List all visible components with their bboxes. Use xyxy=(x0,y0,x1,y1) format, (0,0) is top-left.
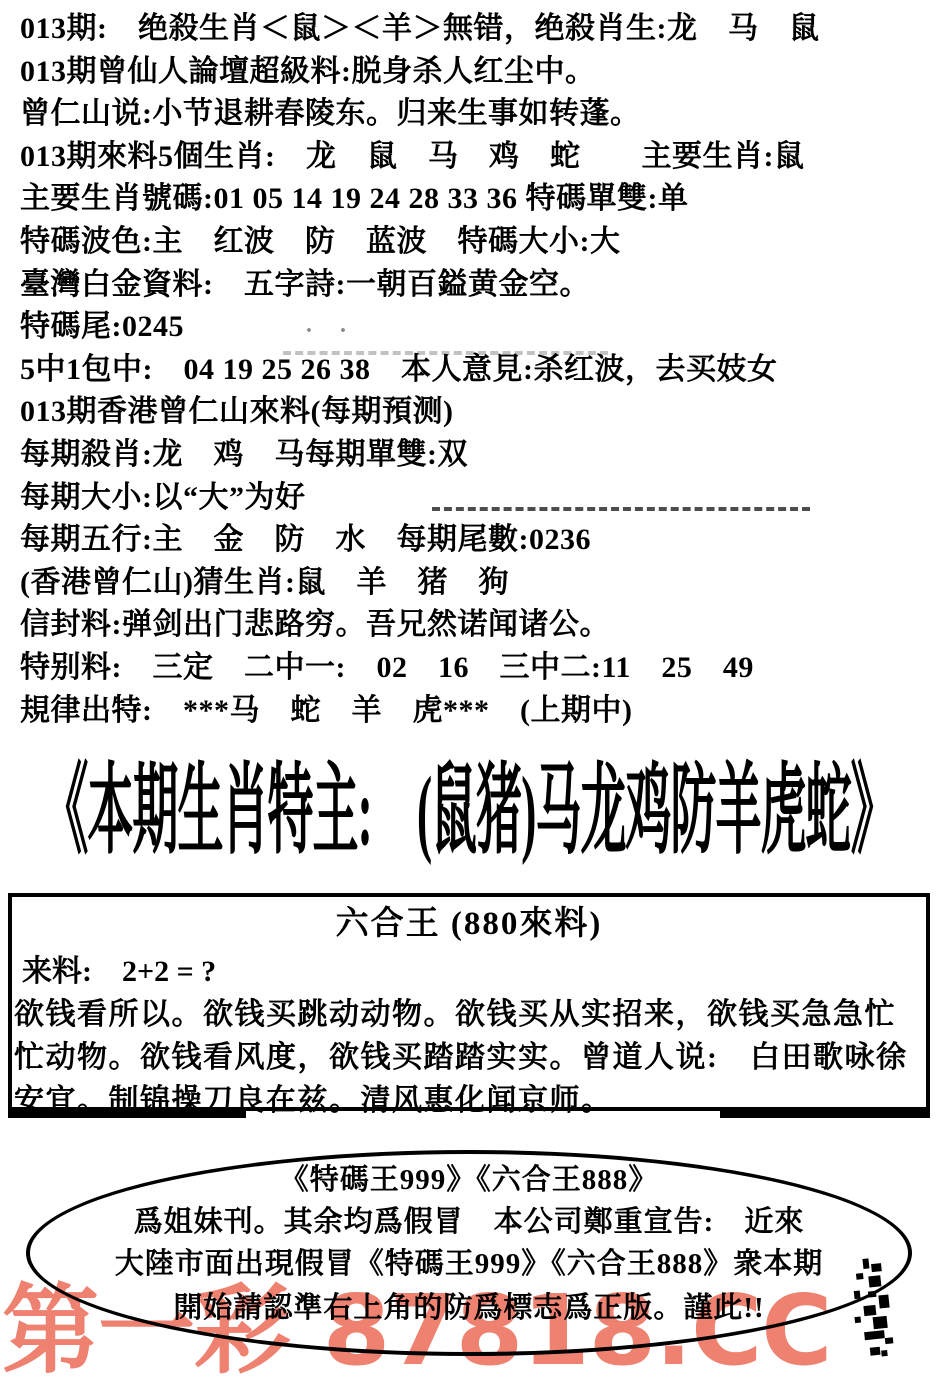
text-line: 每期大小:以“大”为好 xyxy=(20,477,934,520)
text-line: 特碼波色:主 红波 防 蓝波 特碼大小:大 xyxy=(20,221,934,264)
notice-oval: 《特碼王999》《六合王888》 爲姐妹刊。其余均爲假冒 本公司鄭重宣告: 近來… xyxy=(26,1150,912,1356)
text-line: 主要生肖號碼:01 05 14 19 24 28 33 36 特碼單雙:单 xyxy=(20,178,934,221)
box-title: 六合王 (880來料) xyxy=(12,899,926,949)
predictions-text-block: 013期: 绝殺生肖＜鼠＞＜羊＞無错，绝殺肖生:龙 马 鼠 013期曾仙人論壇超… xyxy=(20,8,934,732)
text-line: 每期殺肖:龙 鸡 马每期單雙:双 xyxy=(20,434,934,477)
text-line: 特碼尾:0245 xyxy=(20,306,934,349)
notice-line: 大陸市面出現假冒《特碼王999》《六合王888》衆本期 xyxy=(30,1246,908,1282)
notice-line: 《特碼王999》《六合王888》 xyxy=(30,1162,908,1198)
text-line: 臺灣白金資料: 五字詩:一朝百鎰黄金空。 xyxy=(20,264,934,307)
notice-line: 爲姐妹刊。其余均爲假冒 本公司鄭重宣告: 近來 xyxy=(30,1204,908,1240)
text-line: 每期五行:主 金 防 水 每期尾數:0236 xyxy=(20,519,934,562)
text-line: 規律出特: ***马 蛇 羊 虎*** (上期中) xyxy=(20,690,934,733)
liuhewang-box: 六合王 (880來料) 来料: 2+2 = ? 欲钱看所以。欲钱买跳动动物。欲钱… xyxy=(8,893,930,1111)
text-line: 特别料: 三定 二中一: 02 16 三中二:11 25 49 xyxy=(20,647,934,690)
text-line: 信封料:弹剑出门悲路穷。吾兄然诺闻诸公。 xyxy=(20,604,934,647)
text-line: 013期來料5個生肖: 龙 鼠 马 鸡 蛇 主要生肖:鼠 xyxy=(20,136,934,179)
box-riddle-paragraph: 欲钱看所以。欲钱买跳动动物。欲钱买从实招来，欲钱买急急忙忙动物。欲钱看风度，欲钱… xyxy=(14,993,924,1122)
box-formula-line: 来料: 2+2 = ? xyxy=(22,951,922,993)
tip-sheet-page: { "doc": { "lines": [ "013期: 绝殺生肖＜鼠＞＜羊＞無… xyxy=(0,0,938,1388)
text-line: 013期曾仙人論壇超級料:脱身杀人红尘中。 xyxy=(20,51,934,94)
text-line: 013期香港曾仁山來料(每期預测) xyxy=(20,391,934,434)
text-line: (香港曾仁山)猜生肖:鼠 羊 猪 狗 xyxy=(20,562,934,605)
zodiac-headline: 《本期生肖特主: (鼠猪)马龙鸡防羊虎蛇》 xyxy=(0,758,938,809)
notice-line: 開始請認準右上角的防爲標志爲正版。謹此!! xyxy=(30,1290,908,1326)
text-line: 013期: 绝殺生肖＜鼠＞＜羊＞無错，绝殺肖生:龙 马 鼠 xyxy=(20,8,934,51)
text-line: 曾仁山说:小节退耕春陵东。归来生事如转蓬。 xyxy=(20,93,934,136)
seal-stamp-icon xyxy=(840,1253,909,1369)
zodiac-headline-text: 《本期生肖特主: (鼠猪)马龙鸡防羊虎蛇》 xyxy=(43,758,896,867)
text-line: 5中1包中: 04 19 25 26 38 本人意見:杀红波，去买妓女 xyxy=(20,349,934,392)
